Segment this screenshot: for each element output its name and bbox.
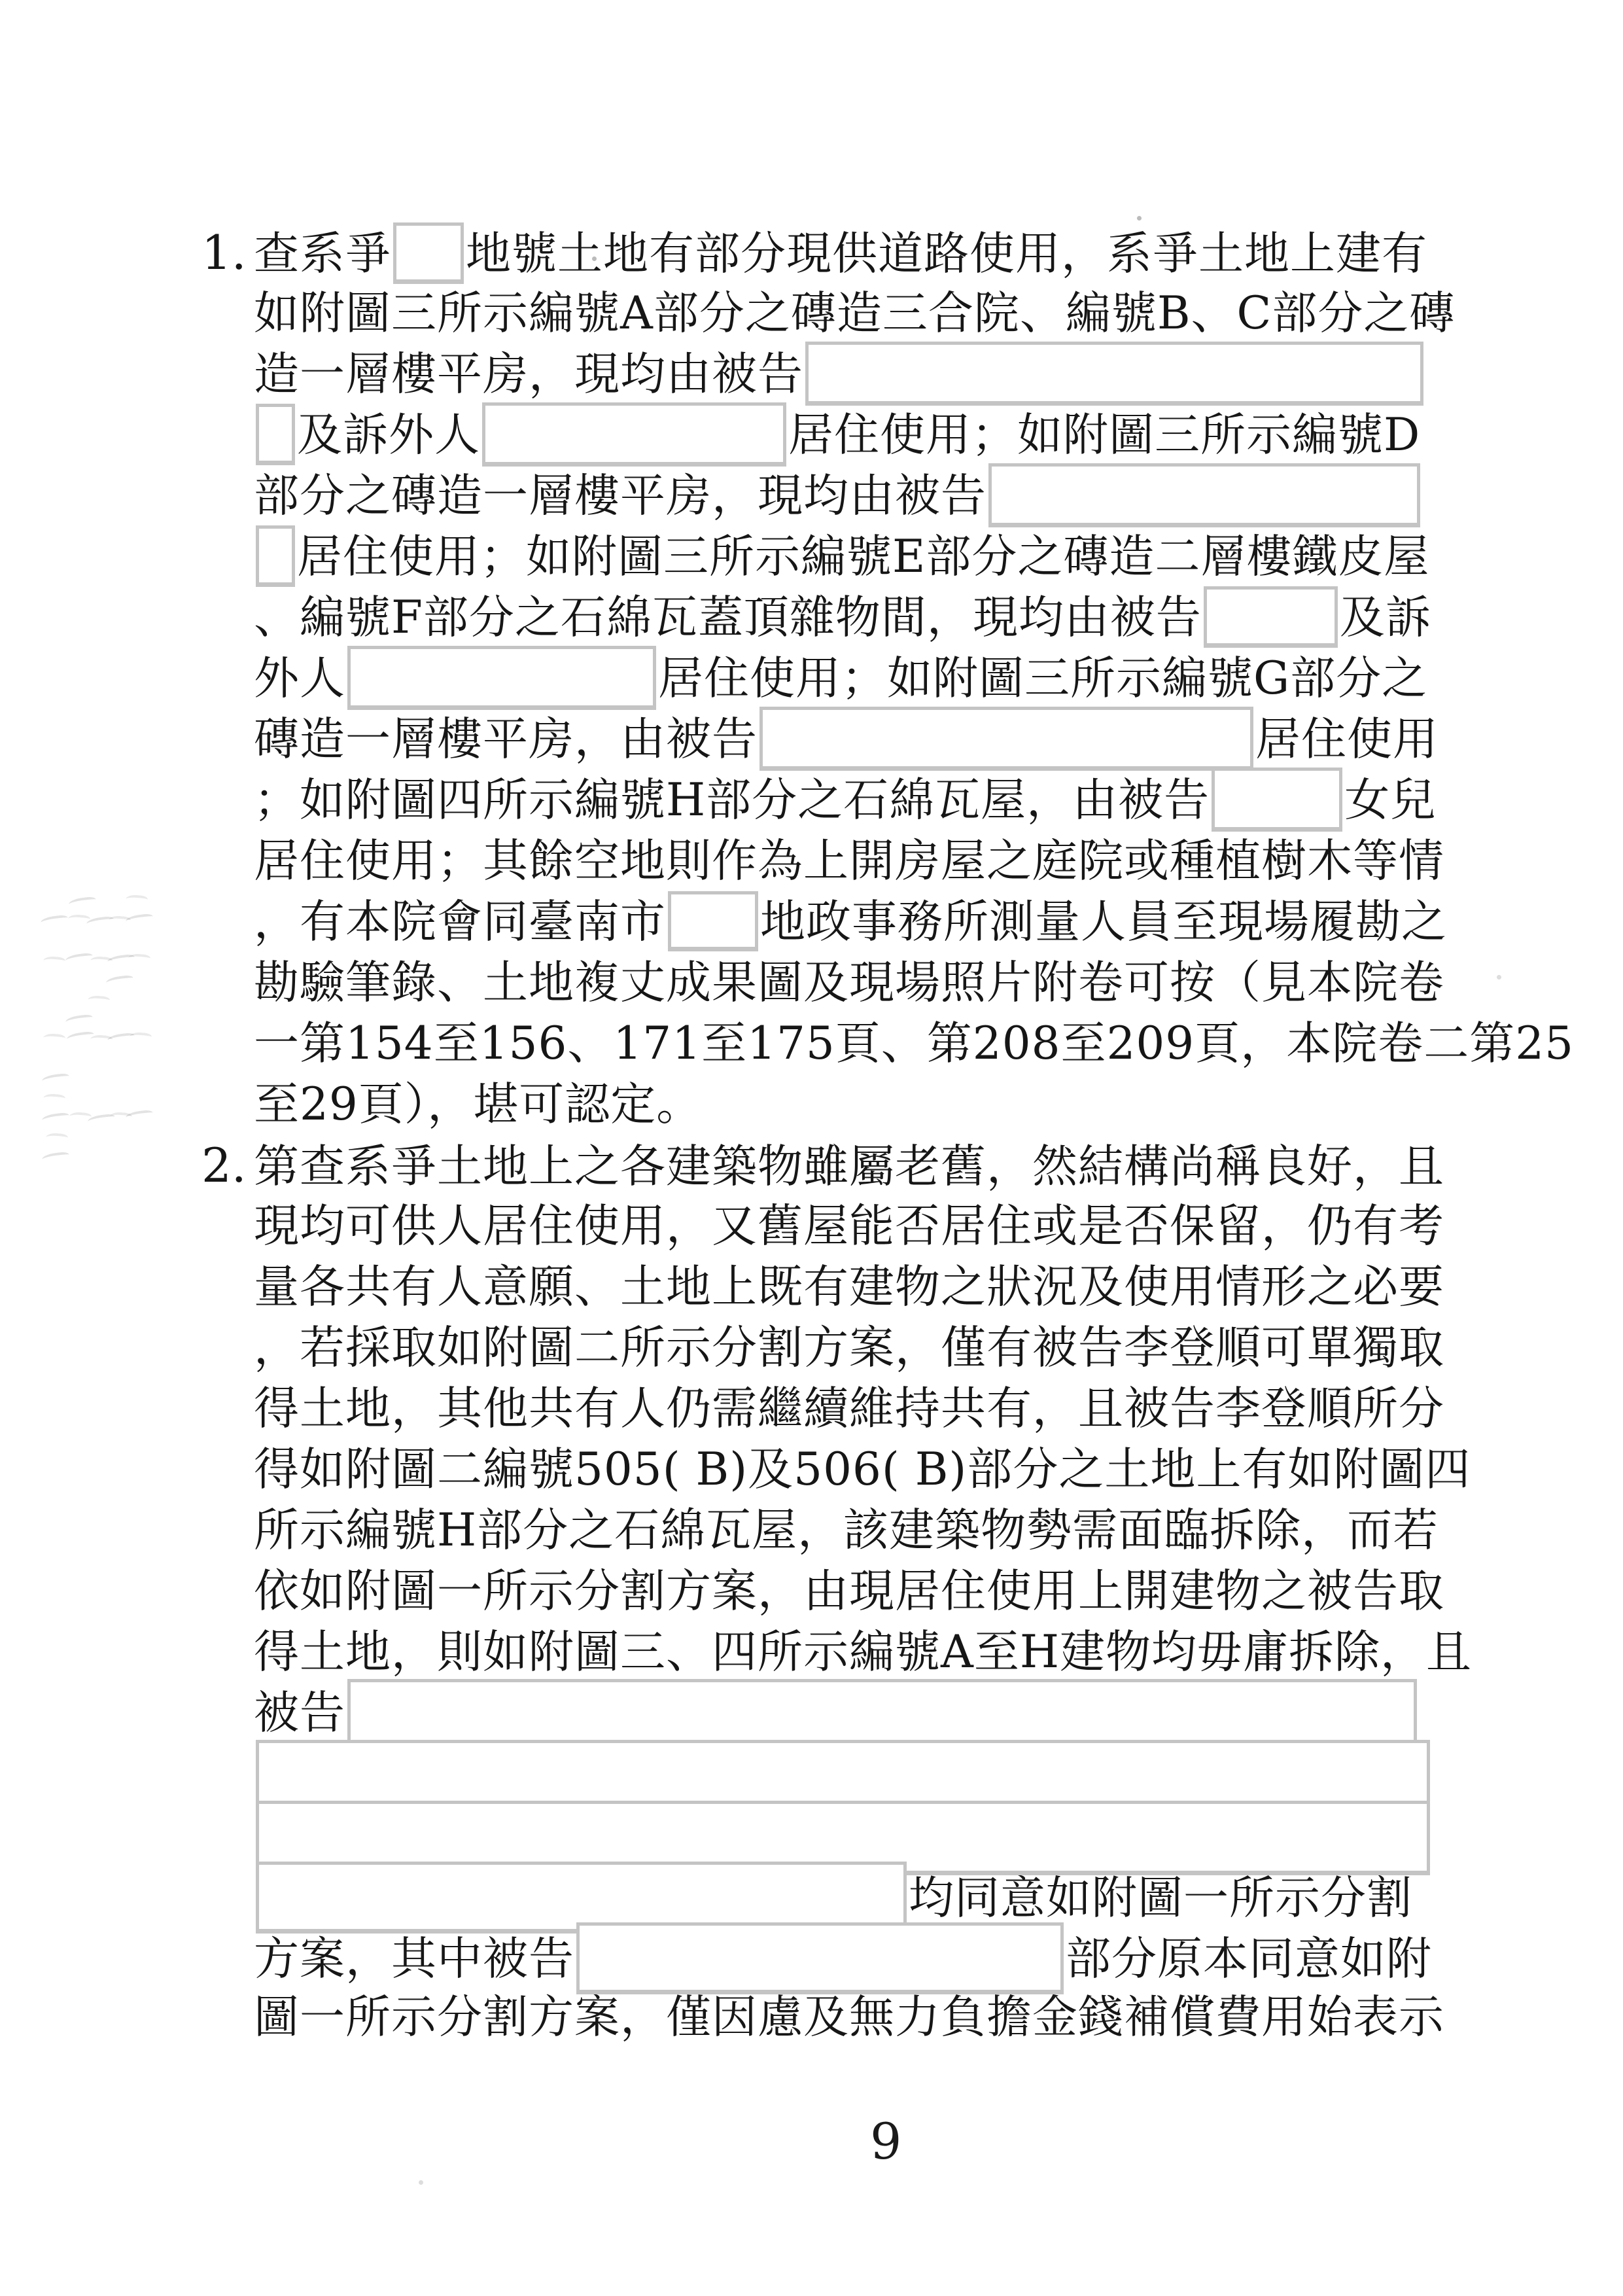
text-line: 圖一所示分割方案，僅因慮及無力負擔金錢補償費用始表示 <box>201 1987 1438 2048</box>
text-line: 得如附圖二編號505( B)及506( B)部分之土地上有如附圖四 <box>201 1439 1438 1500</box>
text-line: 外人居住使用；如附圖三所示編號G部分之 <box>201 648 1438 709</box>
item-marker: 2. <box>201 1135 254 1196</box>
text-line: 2.第查系爭土地上之各建築物雖屬老舊，然結構尚稱良好，且 <box>201 1135 1438 1196</box>
text-run: ，若採取如附圖二所示分割方案，僅有被告李登順可單獨取 <box>254 1322 1444 1374</box>
text-line: 造一層樓平房，現均由被告 <box>201 344 1438 405</box>
text-run: 所示編號H部分之石綿瓦屋，該建築物勢需面臨拆除，而若 <box>254 1504 1439 1557</box>
scan-artifact <box>88 995 111 1006</box>
scan-artifact <box>1497 975 1501 980</box>
text-line: 部分之磚造一層樓平房，現均由被告 <box>201 466 1438 527</box>
scan-artifact <box>1137 216 1142 221</box>
text-line <box>201 1805 1438 1865</box>
text-run: 部分之磚造一層樓平房，現均由被告 <box>254 470 986 522</box>
text-run: 女兒 <box>1344 774 1436 826</box>
scan-artifact <box>90 956 113 967</box>
text-line: 依如附圖一所示分割方案，由現居住使用上開建物之被告取 <box>201 1561 1438 1622</box>
text-run: 居住使用；其餘空地則作為上開房屋之庭院或種植樹木等情 <box>254 835 1444 887</box>
scan-artifact <box>69 1112 92 1123</box>
scan-artifact <box>41 1151 69 1163</box>
scan-artifact <box>68 896 96 908</box>
item-marker: 1. <box>201 222 254 283</box>
text-line: 量各共有人意願、土地上既有建物之狀況及使用情形之必要 <box>201 1257 1438 1318</box>
text-line: 方案，其中被告部分原本同意如附 <box>201 1926 1438 1987</box>
text-line: 被告 <box>201 1683 1438 1744</box>
scan-artifact <box>90 1034 113 1046</box>
text-run: 居住使用；如附圖三所示編號E部分之磚造二層樓鐵皮屋 <box>297 531 1429 583</box>
scan-artifact <box>43 1033 66 1044</box>
text-line: ，若採取如附圖二所示分割方案，僅有被告李登順可單獨取 <box>201 1318 1438 1379</box>
scan-artifact <box>65 952 93 964</box>
scan-artifact <box>126 894 148 906</box>
scan-artifact <box>86 915 114 928</box>
scan-artifact <box>105 974 133 987</box>
scanned-judgment-page: 1.查系爭地號土地有部分現供道路使用，系爭土地上建有如附圖三所示編號A部分之磚造… <box>0 0 1623 2296</box>
text-run: 依如附圖一所示分割方案，由現居住使用上開建物之被告取 <box>254 1565 1444 1617</box>
text-run: 地號土地有部分現供道路使用，系爭土地上建有 <box>466 228 1427 280</box>
text-line: 如附圖三所示編號A部分之磚造三合院、編號B、C部分之磚 <box>201 283 1438 344</box>
redaction-box <box>805 342 1423 406</box>
text-run: 外人 <box>254 652 345 705</box>
redaction-box <box>576 1922 1064 1994</box>
redaction-box <box>1212 768 1342 832</box>
text-run: 居住使用 <box>1255 713 1439 766</box>
text-run: 居住使用；如附圖三所示編號D <box>788 409 1420 461</box>
text-run: 量各共有人意願、土地上既有建物之狀況及使用情形之必要 <box>254 1261 1444 1313</box>
scan-artifact <box>107 953 135 966</box>
text-run: 得如附圖二編號505( B)及506( B)部分之土地上有如附圖四 <box>254 1443 1471 1496</box>
redaction-box <box>256 525 295 587</box>
scan-artifact <box>130 1032 152 1043</box>
text-line: 得土地，其他共有人仍需繼續維持共有，且被告李登順所分 <box>201 1379 1438 1439</box>
scan-artifact <box>110 1112 133 1123</box>
text-run: 及訴外人 <box>297 409 480 461</box>
redaction-box <box>668 891 758 951</box>
text-run: 勘驗筆錄、土地複丈成果圖及現場照片附卷可按（見本院卷 <box>254 957 1444 1009</box>
text-run: 、編號F部分之石綿瓦蓋頂雜物間，現均由被告 <box>254 592 1202 644</box>
text-line: 現均可供人居住使用，又舊屋能否居住或是否保留，仍有考 <box>201 1196 1438 1257</box>
redaction-box <box>256 404 295 465</box>
text-line: 居住使用；其餘空地則作為上開房屋之庭院或種植樹木等情 <box>201 831 1438 892</box>
text-run: ，有本院會同臺南市 <box>254 896 666 948</box>
text-line: 所示編號H部分之石綿瓦屋，該建築物勢需面臨拆除，而若 <box>201 1500 1438 1561</box>
text-line: 勘驗筆錄、土地複丈成果圖及現場照片附卷可按（見本院卷 <box>201 953 1438 1014</box>
text-line: 1.查系爭地號土地有部分現供道路使用，系爭土地上建有 <box>201 222 1438 283</box>
scan-artifact <box>419 2180 423 2185</box>
page-number: 9 <box>870 2112 901 2170</box>
text-line: ，有本院會同臺南市地政事務所測量人員至現場履勘之 <box>201 892 1438 953</box>
scan-artifact <box>125 913 153 925</box>
text-run: 得土地，則如附圖三、四所示編號A至H建物均毋庸拆除，且 <box>254 1626 1472 1678</box>
text-line: 磚造一層樓平房，由被告居住使用 <box>201 709 1438 770</box>
redaction-box <box>347 1679 1417 1746</box>
scan-artifact <box>68 914 91 925</box>
text-run: 均同意如附圖一所示分割 <box>909 1872 1412 1924</box>
text-run: 方案，其中被告 <box>254 1933 574 1985</box>
redaction-box <box>393 222 464 284</box>
scan-artifact <box>41 1112 69 1124</box>
scan-artifact <box>46 1133 69 1144</box>
text-line: 得土地，則如附圖三、四所示編號A至H建物均毋庸拆除，且 <box>201 1622 1438 1683</box>
text-run: 被告 <box>254 1687 345 1739</box>
text-run: ；如附圖四所示編號H部分之石綿瓦屋，由被告 <box>254 774 1210 826</box>
text-run: 查系爭 <box>254 228 391 280</box>
document-body: 1.查系爭地號土地有部分現供道路使用，系爭土地上建有如附圖三所示編號A部分之磚造… <box>201 222 1438 2048</box>
scan-artifact <box>41 1072 69 1085</box>
text-run: 一第154至156、171至175頁、第208至209頁，本院卷二第25 <box>254 1017 1574 1070</box>
text-line <box>201 1744 1438 1805</box>
scan-artifact <box>65 1014 93 1026</box>
text-run: 現均可供人居住使用，又舊屋能否居住或是否保留，仍有考 <box>254 1200 1444 1252</box>
scan-artifact <box>40 914 68 927</box>
text-line: 一第154至156、171至175頁、第208至209頁，本院卷二第25 <box>201 1014 1438 1074</box>
text-run: 第查系爭土地上之各建築物雖屬老舊，然結構尚稱良好，且 <box>254 1140 1444 1193</box>
text-run: 圖一所示分割方案，僅因慮及無力負擔金錢補償費用始表示 <box>254 1991 1444 2043</box>
text-run: 及訴 <box>1340 592 1431 644</box>
redaction-box <box>1204 586 1338 648</box>
text-run: 如附圖三所示編號A部分之磚造三合院、編號B、C部分之磚 <box>254 287 1455 340</box>
scan-artifact <box>125 1109 153 1122</box>
redaction-box <box>759 707 1253 771</box>
text-run: 居住使用；如附圖三所示編號G部分之 <box>658 652 1427 705</box>
text-run: 磚造一層樓平房，由被告 <box>254 713 758 766</box>
scan-artifact <box>128 953 151 964</box>
text-line: 、編號F部分之石綿瓦蓋頂雜物間，現均由被告及訴 <box>201 588 1438 648</box>
text-run: 地政事務所測量人員至現場履勘之 <box>760 896 1447 948</box>
scan-artifact <box>109 915 131 927</box>
text-run: 部分原本同意如附 <box>1066 1933 1432 1985</box>
text-line: ；如附圖四所示編號H部分之石綿瓦屋，由被告女兒 <box>201 770 1438 831</box>
text-run: 至29頁），堪可認定。 <box>254 1078 702 1131</box>
scan-artifact <box>66 1031 94 1043</box>
redaction-box <box>347 646 656 710</box>
text-run: 得土地，其他共有人仍需繼續維持共有，且被告李登順所分 <box>254 1383 1444 1435</box>
text-run: 造一層樓平房，現均由被告 <box>254 348 803 400</box>
text-line: 居住使用；如附圖三所示編號E部分之磚造二層樓鐵皮屋 <box>201 527 1438 588</box>
text-line: 至29頁），堪可認定。 <box>201 1074 1438 1135</box>
scan-artifact <box>43 1093 66 1104</box>
text-line: 及訴外人居住使用；如附圖三所示編號D <box>201 405 1438 466</box>
redaction-box <box>482 402 786 467</box>
scan-artifact <box>107 1032 135 1044</box>
redaction-box <box>988 463 1420 527</box>
scan-artifact <box>43 956 66 967</box>
scan-artifact <box>87 1113 115 1125</box>
